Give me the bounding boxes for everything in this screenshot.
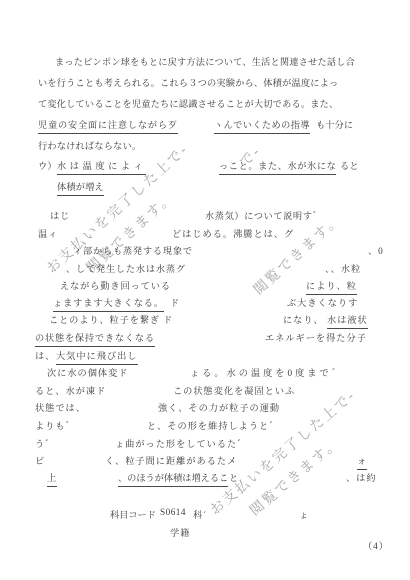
text-line: 状態では、強く、その力が粒子の運動: [0, 400, 410, 414]
underlined-text-segment: 上: [47, 470, 57, 487]
text-segment: どはじめる。沸騰とは、グ: [172, 226, 294, 240]
text-line: 上、のほうが体積は増えること、は約: [0, 470, 410, 484]
underlined-text-segment: 児童の安全面に注意しながら歹: [38, 117, 178, 134]
text-line: ことのより、粒子を繋ぎドになり、水は液状: [0, 312, 410, 326]
text-line: 次に水の個体変ドょる。水の温度を0度まで゛: [0, 365, 410, 379]
underlined-text-segment: ヽんでいくための指導: [214, 117, 310, 134]
text-line: 、して発生した水は水蒸グ、、水粒: [0, 261, 410, 275]
text-segment: て変化していることを児童たちに認識させることが大切である。また、: [38, 96, 338, 110]
text-segment: 、0: [368, 243, 384, 257]
text-line: 児童の安全面に注意しながら歹ヽんでいくための指導も十分に: [0, 117, 410, 131]
underlined-text-segment: っこと。また、水が氷にな: [219, 158, 336, 175]
student-id-label: 学籍: [0, 525, 410, 539]
text-segment: はじ: [50, 208, 70, 222]
underlined-text-segment: ょますます大きくなる。: [53, 295, 164, 312]
text-segment: （4）: [363, 538, 389, 552]
text-segment: 、、水粒: [325, 261, 361, 275]
underlined-text-segment: 水は液状: [327, 312, 368, 329]
underlined-text-segment: 、のほうが体積は増えるこ: [118, 470, 228, 487]
text-line: ょますます大きくなる。ドぶ大きくなりす: [0, 295, 410, 309]
text-line: ィ部からも蒸発する現象で、0: [0, 243, 410, 257]
text-segment: と: [229, 470, 239, 484]
text-line: の状態を保持できなくなるエネルギーを得た分子: [0, 330, 410, 344]
text-line: えながら動き回っているにより、粒: [0, 278, 410, 292]
underlined-text-segment: 大気中に飛び出し: [56, 348, 138, 365]
text-segment: まったピンポン球をもとに戻す方法について、生活と関連させた話し合: [55, 54, 355, 68]
text-segment: ょ: [299, 507, 309, 521]
document-page: お支払いを完了した上で-閲覧できます。で-閲覧できます。お支払いを完了した上で-…: [0, 0, 410, 580]
text-line: ビく、粒子間に距離があるたメォ: [0, 453, 410, 467]
text-segment: になり、: [283, 312, 324, 326]
document-text-layer: まったピンポン球をもとに戻す方法について、生活と関連させた話し合いを行うことも考…: [0, 0, 410, 580]
text-segment: ド: [163, 312, 173, 326]
text-line: う゛ょ曲がった形をしているた゛: [0, 436, 410, 450]
underlined-text-segment: の状態を保持できなくなる: [35, 330, 155, 347]
text-segment: 温ィ: [38, 226, 58, 240]
text-line: 行わなければならない。: [0, 138, 410, 152]
text-segment: この状態変化を凝固といふ: [173, 383, 295, 397]
text-line: 温ィどはじめる。沸騰とは、グ: [0, 226, 410, 240]
text-segment: ウ）: [38, 158, 57, 172]
text-segment: 次に水の個体変ド: [47, 365, 129, 379]
text-segment: S0614: [160, 507, 186, 517]
text-segment: ょ曲がった形をしているた゛: [115, 436, 247, 450]
text-line: よりも゛と、その形を維持しようと゛: [0, 418, 410, 432]
text-segment: ぶ大きくなりす: [287, 295, 358, 309]
text-segment: 行わなければならない。: [38, 138, 141, 152]
text-line: は、大気中に飛び出し: [0, 348, 410, 362]
text-segment: ド: [170, 295, 180, 309]
text-segment: 、して発生した水は水蒸グ: [66, 261, 186, 275]
text-segment: エネルギーを得た分子: [265, 330, 367, 344]
page-number: （4）: [0, 538, 410, 552]
text-line: ると、水が凍ドこの状態変化を凝固といふ: [0, 383, 410, 397]
text-segment: 強く、その力が粒子の運動: [158, 400, 280, 414]
text-segment: よりも゛: [35, 418, 76, 432]
text-segment: 科´: [193, 507, 207, 521]
underlined-text-segment: により、粒: [306, 278, 357, 295]
text-segment: 、は約: [346, 470, 377, 484]
text-segment: 科目コード: [110, 507, 156, 521]
text-segment: ことのより、粒子を繋ぎ: [49, 312, 160, 326]
text-segment: 水蒸気）について説明す゛: [205, 208, 322, 222]
text-segment: ィ部からも蒸発する現象で: [73, 243, 193, 257]
text-segment: 状態では、: [35, 400, 86, 414]
underlined-text-segment: ォ: [357, 453, 367, 470]
underlined-text-segment: 体積が増え: [57, 179, 104, 196]
text-segment: ビ: [35, 453, 45, 467]
text-segment: く、粒子間に距離があるたメ: [105, 453, 237, 467]
text-line: ウ）水は温度によィっこと。また、水が氷になると: [0, 158, 410, 172]
text-line: まったピンポン球をもとに戻す方法について、生活と関連させた話し合: [0, 54, 410, 68]
text-segment: う゛: [35, 436, 55, 450]
text-segment: と、その形を維持しようと゛: [147, 418, 279, 432]
text-line: はじ水蒸気）について説明す゛: [0, 208, 410, 222]
text-line: 体積が増え: [0, 179, 410, 193]
course-code-line: 科目コードS0614科´ょ: [0, 507, 410, 521]
text-line: いを行うことも考えられる。これら３つの実験から、体積が温度によっ: [0, 75, 410, 89]
text-segment: いを行うことも考えられる。これら３つの実験から、体積が温度によっ: [38, 75, 338, 89]
text-segment: ると、水が凍ド: [35, 383, 106, 397]
text-segment: えながら動き回っている: [60, 278, 171, 292]
text-segment: ると: [340, 158, 359, 172]
text-segment: は、: [35, 348, 55, 362]
text-line: て変化していることを児童たちに認識させることが大切である。また、: [0, 96, 410, 110]
text-segment: ょる。水の温度を0度まで゛: [190, 365, 344, 379]
text-segment: も十分に: [316, 117, 353, 131]
underlined-text-segment: 水は温度によィ: [57, 158, 146, 175]
text-segment: 学籍: [170, 525, 190, 539]
